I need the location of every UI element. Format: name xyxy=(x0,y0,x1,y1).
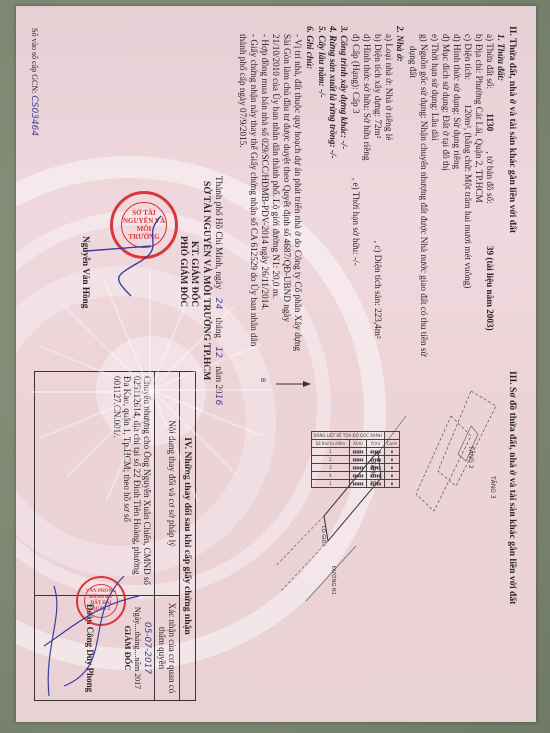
section-2-title: II. Thửa đất, nhà ở và tài sản khác gắn … xyxy=(507,26,518,233)
north-label: B xyxy=(259,378,266,382)
forest: 4. Rừng sản xuất là rừng trồng: -/- xyxy=(327,26,338,159)
serial-number: Số vào sổ cấp GCN: CS03464 xyxy=(28,28,40,136)
parcel-row: a) Thửa đất số: 1130 , tờ bản đồ số: 39 … xyxy=(484,34,495,331)
watermark-ray xyxy=(31,391,151,393)
changes-col2-header: Xác nhận của cơ quan có thẩm quyền xyxy=(155,596,180,701)
house-heading: 2. Nhà ở: xyxy=(394,26,405,62)
land-address: b) Địa chỉ: Phường Cát Lái, Quận 2, TP.H… xyxy=(473,34,484,203)
plot-diagram xyxy=(276,376,506,716)
land-area: c) Diện tích: 120m², (bằng chữ: Một trăm… xyxy=(462,34,473,288)
certificate-page: II. Thửa đất, nhà ở và tài sản khác gắn … xyxy=(16,6,536,722)
use-form: d) Hình thức sử dụng: Sử dụng riêng xyxy=(451,34,462,169)
use-origin-cont: dụng đất xyxy=(407,46,418,78)
road-label: LỘ GIỚI xyxy=(320,526,326,546)
note-line: - Giấy chứng nhận này thay thế Giấy chứn… xyxy=(248,34,259,351)
change-confirmation: 05-07-2017 Ngày....tháng....năm 2017 GIÁ… xyxy=(35,596,155,701)
use-purpose: đ) Mục đích sử dụng: Đất ở tại đô thị xyxy=(440,34,451,171)
land-heading: 1. Thửa đất: xyxy=(495,34,506,81)
house-type: a) Loại nhà ở: Nhà ở riêng lẻ xyxy=(383,34,394,140)
other-works: 3. Công trình xây dựng khác: -/- xyxy=(338,26,349,149)
note-line: - Vị trí nhà, đất thuộc quy hoạch dự án … xyxy=(292,34,303,351)
house-area-row: b) Diện tích xây dựng: 72m² , c) Diện tí… xyxy=(372,34,383,339)
signer-name: Nguyễn Văn Hồng xyxy=(80,236,91,308)
note-line: - Hợp đồng mua bán nhà số 029/SCC/HĐMB-P… xyxy=(259,34,270,351)
use-origin: g) Nguồn gốc sử dụng: Nhận chuyển nhượng… xyxy=(418,34,429,356)
notes-heading: 6. Ghi chú: xyxy=(304,26,315,69)
changes-table: IV. Những thay đổi sau khi cấp giấy chứn… xyxy=(34,371,196,701)
note-line: 21/10/2010 của Ủy ban nhân dân thành phố… xyxy=(270,34,281,351)
use-term: e) Thời hạn sử dụng: Lâu dài xyxy=(429,34,440,141)
signature-scribble xyxy=(81,206,171,316)
coordinate-table: BẢNG LIỆT KÊ TỌA ĐỘ GÓC RANH Số thứ tự đ… xyxy=(311,431,400,488)
kt-label: KT. GIÁM ĐỐC xyxy=(189,241,200,307)
road-name: ĐƯỜNG N1 xyxy=(330,566,336,595)
section-3-title: III. Sơ đồ thửa đất, nhà ở và tài sản kh… xyxy=(507,371,518,604)
note-line: Sài Gòn làm chủ đầu tư được duyệt theo Q… xyxy=(281,34,292,351)
issuing-agency: SỞ TÀI NGUYÊN VÀ MÔI TRƯỜNG TP.HCM xyxy=(201,181,212,380)
notes-list: - Vị trí nhà, đất thuộc quy hoạch dự án … xyxy=(237,34,303,351)
watermark-ray xyxy=(151,391,153,511)
house-grade-row: đ) Cấp (Hạng): Cấp 3 , e) Thời hạn sở hữ… xyxy=(350,34,361,266)
note-line: thành phố cấp ngày 07/9/2015. xyxy=(237,34,248,351)
issue-date: Thành phố Hồ Chí Minh, ngày 24 tháng 12 … xyxy=(213,176,224,405)
watermark-ray xyxy=(151,389,271,391)
house-ownership: d) Hình thức sở hữu: Sở hữu riêng xyxy=(361,34,372,160)
perennial: 5. Cây lâu năm: -/- xyxy=(316,26,327,98)
confirm-signature xyxy=(34,556,144,716)
watermark-ray xyxy=(149,271,151,391)
